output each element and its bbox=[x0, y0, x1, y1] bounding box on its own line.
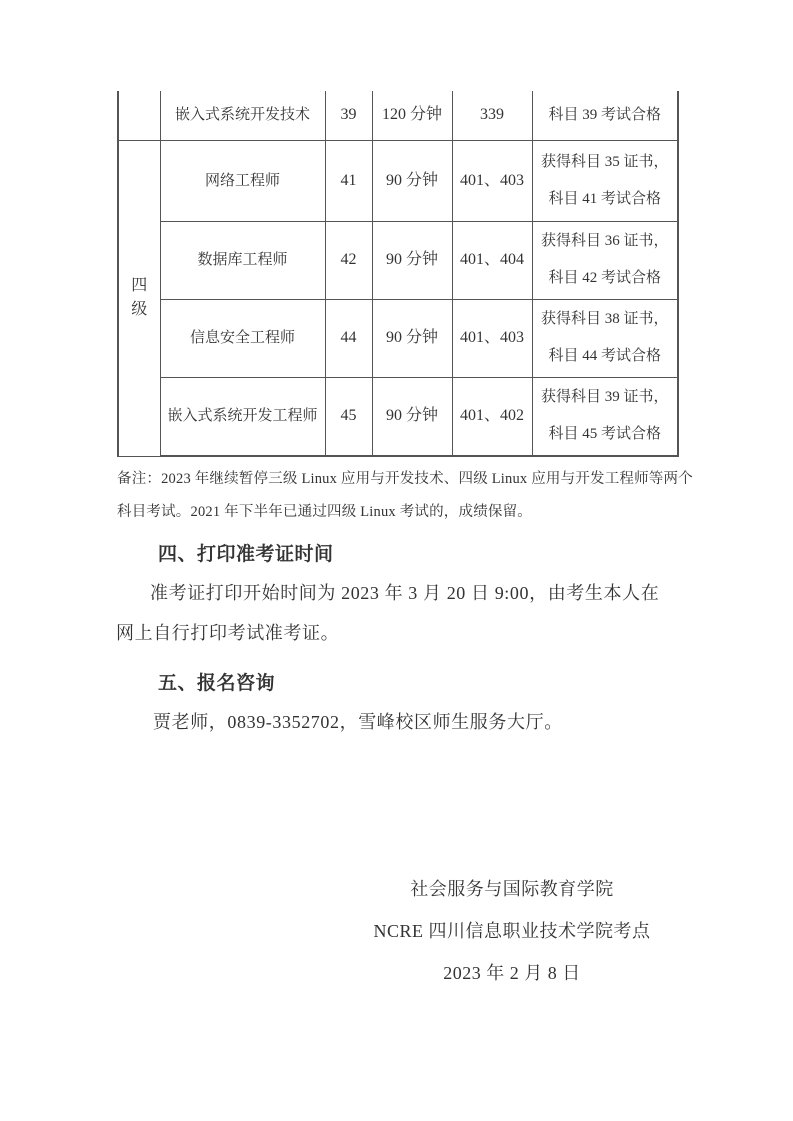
paragraph-line: 贾老师，0839-3352702，雪峰校区师生服务大厅。 bbox=[153, 708, 563, 734]
duration-cell: 90 分钟 bbox=[372, 221, 452, 299]
requirement-text: 科目 41 考试合格 bbox=[535, 181, 676, 218]
subject-code-cell: 39 bbox=[325, 91, 372, 140]
requirement-cell: 获得科目 36 证书， 科目 42 考试合格 bbox=[532, 221, 678, 299]
subject-cell: 网络工程师 bbox=[160, 140, 325, 221]
signature-site-line: NCRE 四川信息职业技术学院考点 bbox=[342, 910, 682, 952]
signature-block: 社会服务与国际教育学院 NCRE 四川信息职业技术学院考点 2023 年 2 月… bbox=[342, 868, 682, 994]
paragraph-line: 准考证打印开始时间为 2023 年 3 月 20 日 9:00，由考生本人在 bbox=[150, 579, 659, 605]
subject-cell: 嵌入式系统开发工程师 bbox=[160, 377, 325, 456]
paper-codes-cell: 401、403 bbox=[452, 299, 532, 377]
paper-codes-cell: 401、404 bbox=[452, 221, 532, 299]
subject-text: 数据库工程师 bbox=[197, 252, 287, 268]
document-page: 嵌入式系统开发技术 39 120 分钟 339 科目 39 考试合格 四级 网络… bbox=[0, 0, 793, 1121]
requirement-cell: 科目 39 考试合格 bbox=[532, 91, 678, 140]
paper-codes-cell: 401、402 bbox=[452, 377, 532, 456]
subject-code-cell: 45 bbox=[325, 377, 372, 456]
paper-codes-cell: 339 bbox=[452, 91, 532, 140]
signature-org-line: 社会服务与国际教育学院 bbox=[342, 868, 682, 910]
level-cell: 四级 bbox=[118, 140, 160, 456]
requirement-text: 科目 39 考试合格 bbox=[535, 105, 676, 125]
table-row: 信息安全工程师 44 90 分钟 401、403 获得科目 38 证书， 科目 … bbox=[118, 299, 678, 377]
table-row: 嵌入式系统开发工程师 45 90 分钟 401、402 获得科目 39 证书， … bbox=[118, 377, 678, 456]
subject-text: 网络工程师 bbox=[205, 173, 280, 189]
section-heading-consult: 五、报名咨询 bbox=[158, 668, 275, 695]
subject-code-cell: 41 bbox=[325, 140, 372, 221]
paper-codes-cell: 401、403 bbox=[452, 140, 532, 221]
requirement-text: 科目 45 考试合格 bbox=[535, 416, 676, 453]
section-heading-print-time: 四、打印准考证时间 bbox=[158, 539, 334, 566]
subject-cell: 信息安全工程师 bbox=[160, 299, 325, 377]
exam-subjects-table: 嵌入式系统开发技术 39 120 分钟 339 科目 39 考试合格 四级 网络… bbox=[117, 91, 679, 457]
requirement-text: 科目 44 考试合格 bbox=[535, 338, 676, 375]
note-line: 科目考试。2021 年下半年已通过四级 Linux 考试的，成绩保留。 bbox=[117, 500, 532, 521]
duration-cell: 120 分钟 bbox=[372, 91, 452, 140]
requirement-text: 科目 42 考试合格 bbox=[535, 260, 676, 297]
duration-cell: 90 分钟 bbox=[372, 377, 452, 456]
duration-cell: 90 分钟 bbox=[372, 140, 452, 221]
table-row: 数据库工程师 42 90 分钟 401、404 获得科目 36 证书， 科目 4… bbox=[118, 221, 678, 299]
table-row: 四级 网络工程师 41 90 分钟 401、403 获得科目 35 证书， 科目… bbox=[118, 140, 678, 221]
level-label: 四级 bbox=[130, 274, 148, 322]
note-line: 备注：2023 年继续暂停三级 Linux 应用与开发技术、四级 Linux 应… bbox=[117, 467, 693, 488]
signature-date-line: 2023 年 2 月 8 日 bbox=[342, 952, 682, 994]
requirement-cell: 获得科目 35 证书， 科目 41 考试合格 bbox=[532, 140, 678, 221]
subject-cell: 数据库工程师 bbox=[160, 221, 325, 299]
requirement-text: 获得科目 35 证书， bbox=[535, 144, 676, 181]
subject-code-cell: 44 bbox=[325, 299, 372, 377]
requirement-text: 获得科目 36 证书， bbox=[535, 223, 676, 260]
requirement-text: 获得科目 38 证书， bbox=[535, 301, 676, 338]
requirement-text: 获得科目 39 证书， bbox=[535, 379, 676, 416]
table-row: 嵌入式系统开发技术 39 120 分钟 339 科目 39 考试合格 bbox=[118, 91, 678, 140]
subject-cell: 嵌入式系统开发技术 bbox=[160, 91, 325, 140]
subject-text: 嵌入式系统开发技术 bbox=[175, 107, 310, 123]
subject-text: 信息安全工程师 bbox=[190, 330, 295, 346]
requirement-cell: 获得科目 39 证书， 科目 45 考试合格 bbox=[532, 377, 678, 456]
subject-code-cell: 42 bbox=[325, 221, 372, 299]
level-cell-empty bbox=[118, 91, 160, 140]
paragraph-line: 网上自行打印考试准考证。 bbox=[116, 619, 339, 645]
subject-text: 嵌入式系统开发工程师 bbox=[167, 408, 317, 424]
requirement-cell: 获得科目 38 证书， 科目 44 考试合格 bbox=[532, 299, 678, 377]
duration-cell: 90 分钟 bbox=[372, 299, 452, 377]
